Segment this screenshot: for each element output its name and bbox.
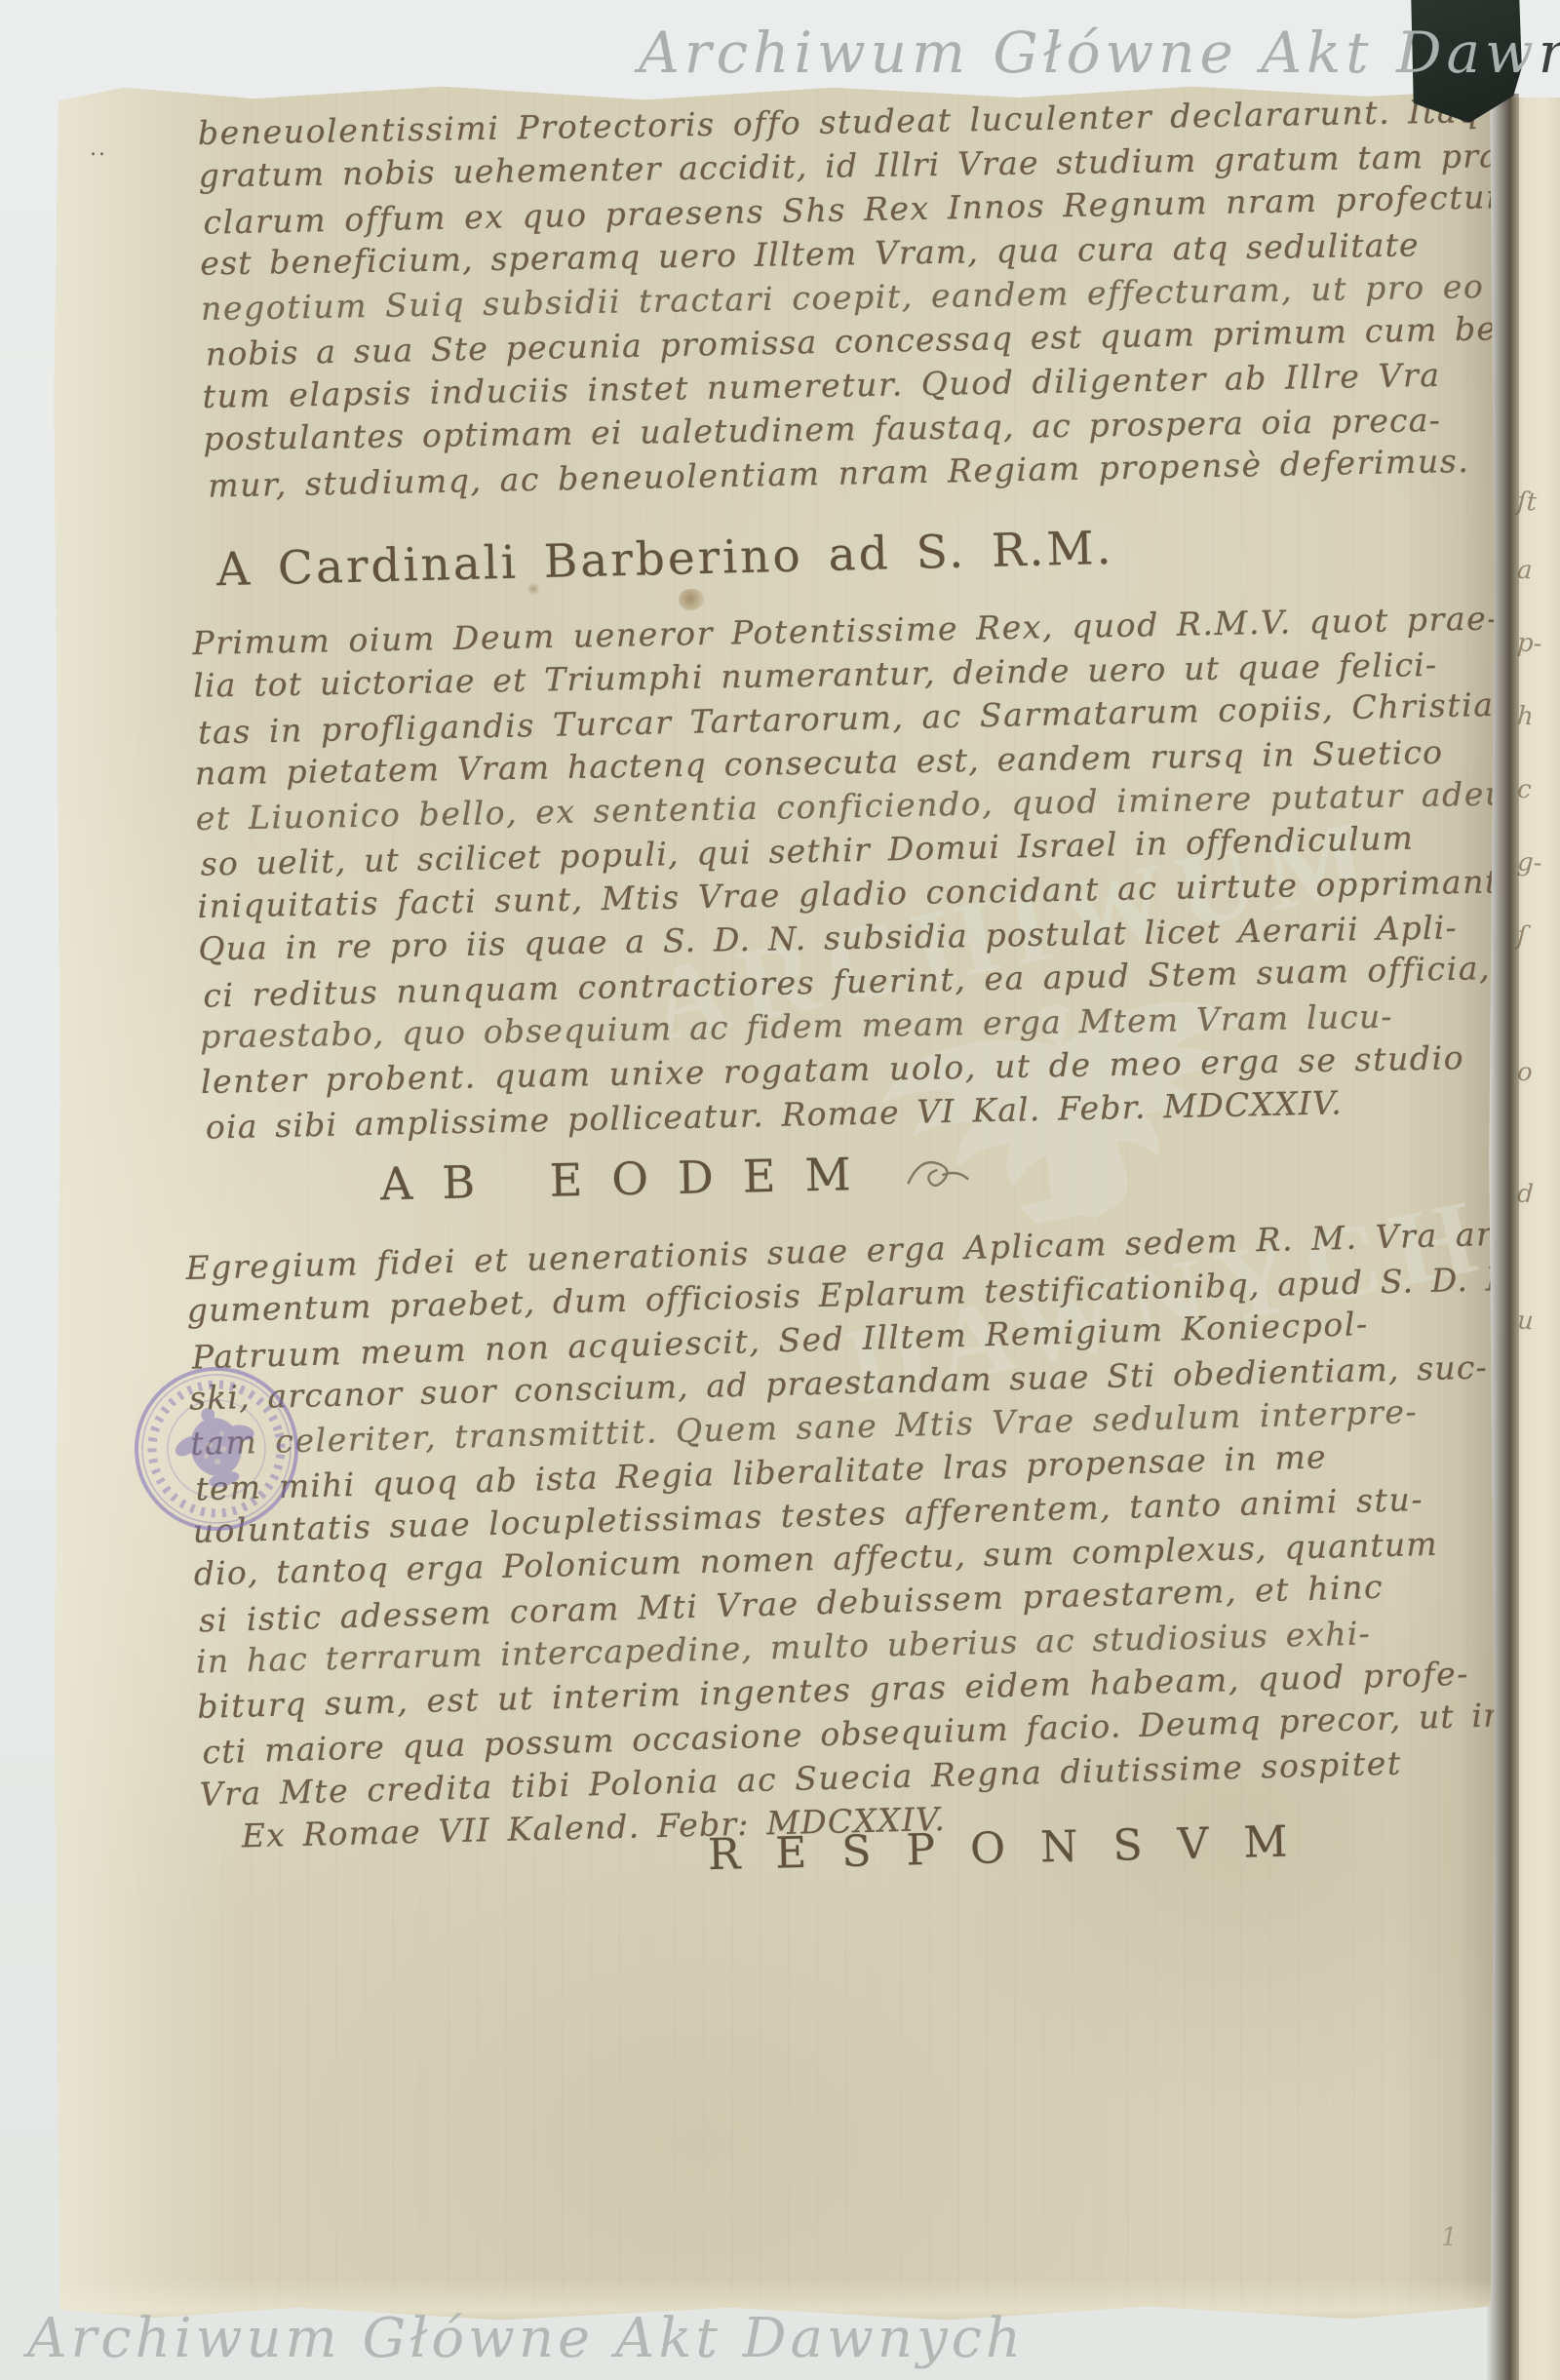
marginal-marks: .. [90, 137, 107, 161]
ink-blot [526, 583, 540, 595]
edge-text-fragment: ſt [1516, 487, 1538, 517]
edge-text-fragment: p- [1516, 628, 1542, 658]
archive-watermark-top: Archiwum Główne Akt Dawnych [639, 20, 1560, 86]
paragraph-2: Primum oium Deum ueneror Potentissime Re… [192, 596, 1526, 1148]
section-heading-cardinali-barberino: A Cardinali Barberino ad S. R.M. [215, 522, 1114, 597]
pen-flourish-icon [900, 1146, 974, 1199]
section-heading-ab-eodem: AB EODEM [379, 1148, 880, 1211]
archive-watermark-top-text: Archiwum Główne Akt Daw [639, 20, 1539, 86]
edge-text-fragment: g- [1516, 847, 1542, 878]
manuscript-page: ARCHIWUM DAWNYCH .. beneuolentissimi Pro… [53, 82, 1496, 2324]
folio-number: 1 [1441, 2223, 1458, 2252]
archive-watermark-bottom: Archiwum Główne Akt Dawnych [27, 2307, 1025, 2370]
ink-blot [679, 589, 704, 610]
paragraph-3: Egregium fidei et uenerationis suae erga… [185, 1211, 1539, 1860]
paragraph-1: beneuolentissimi Protectoris offo studea… [198, 88, 1546, 506]
archive-watermark-top-suffix: nych [1539, 20, 1560, 86]
